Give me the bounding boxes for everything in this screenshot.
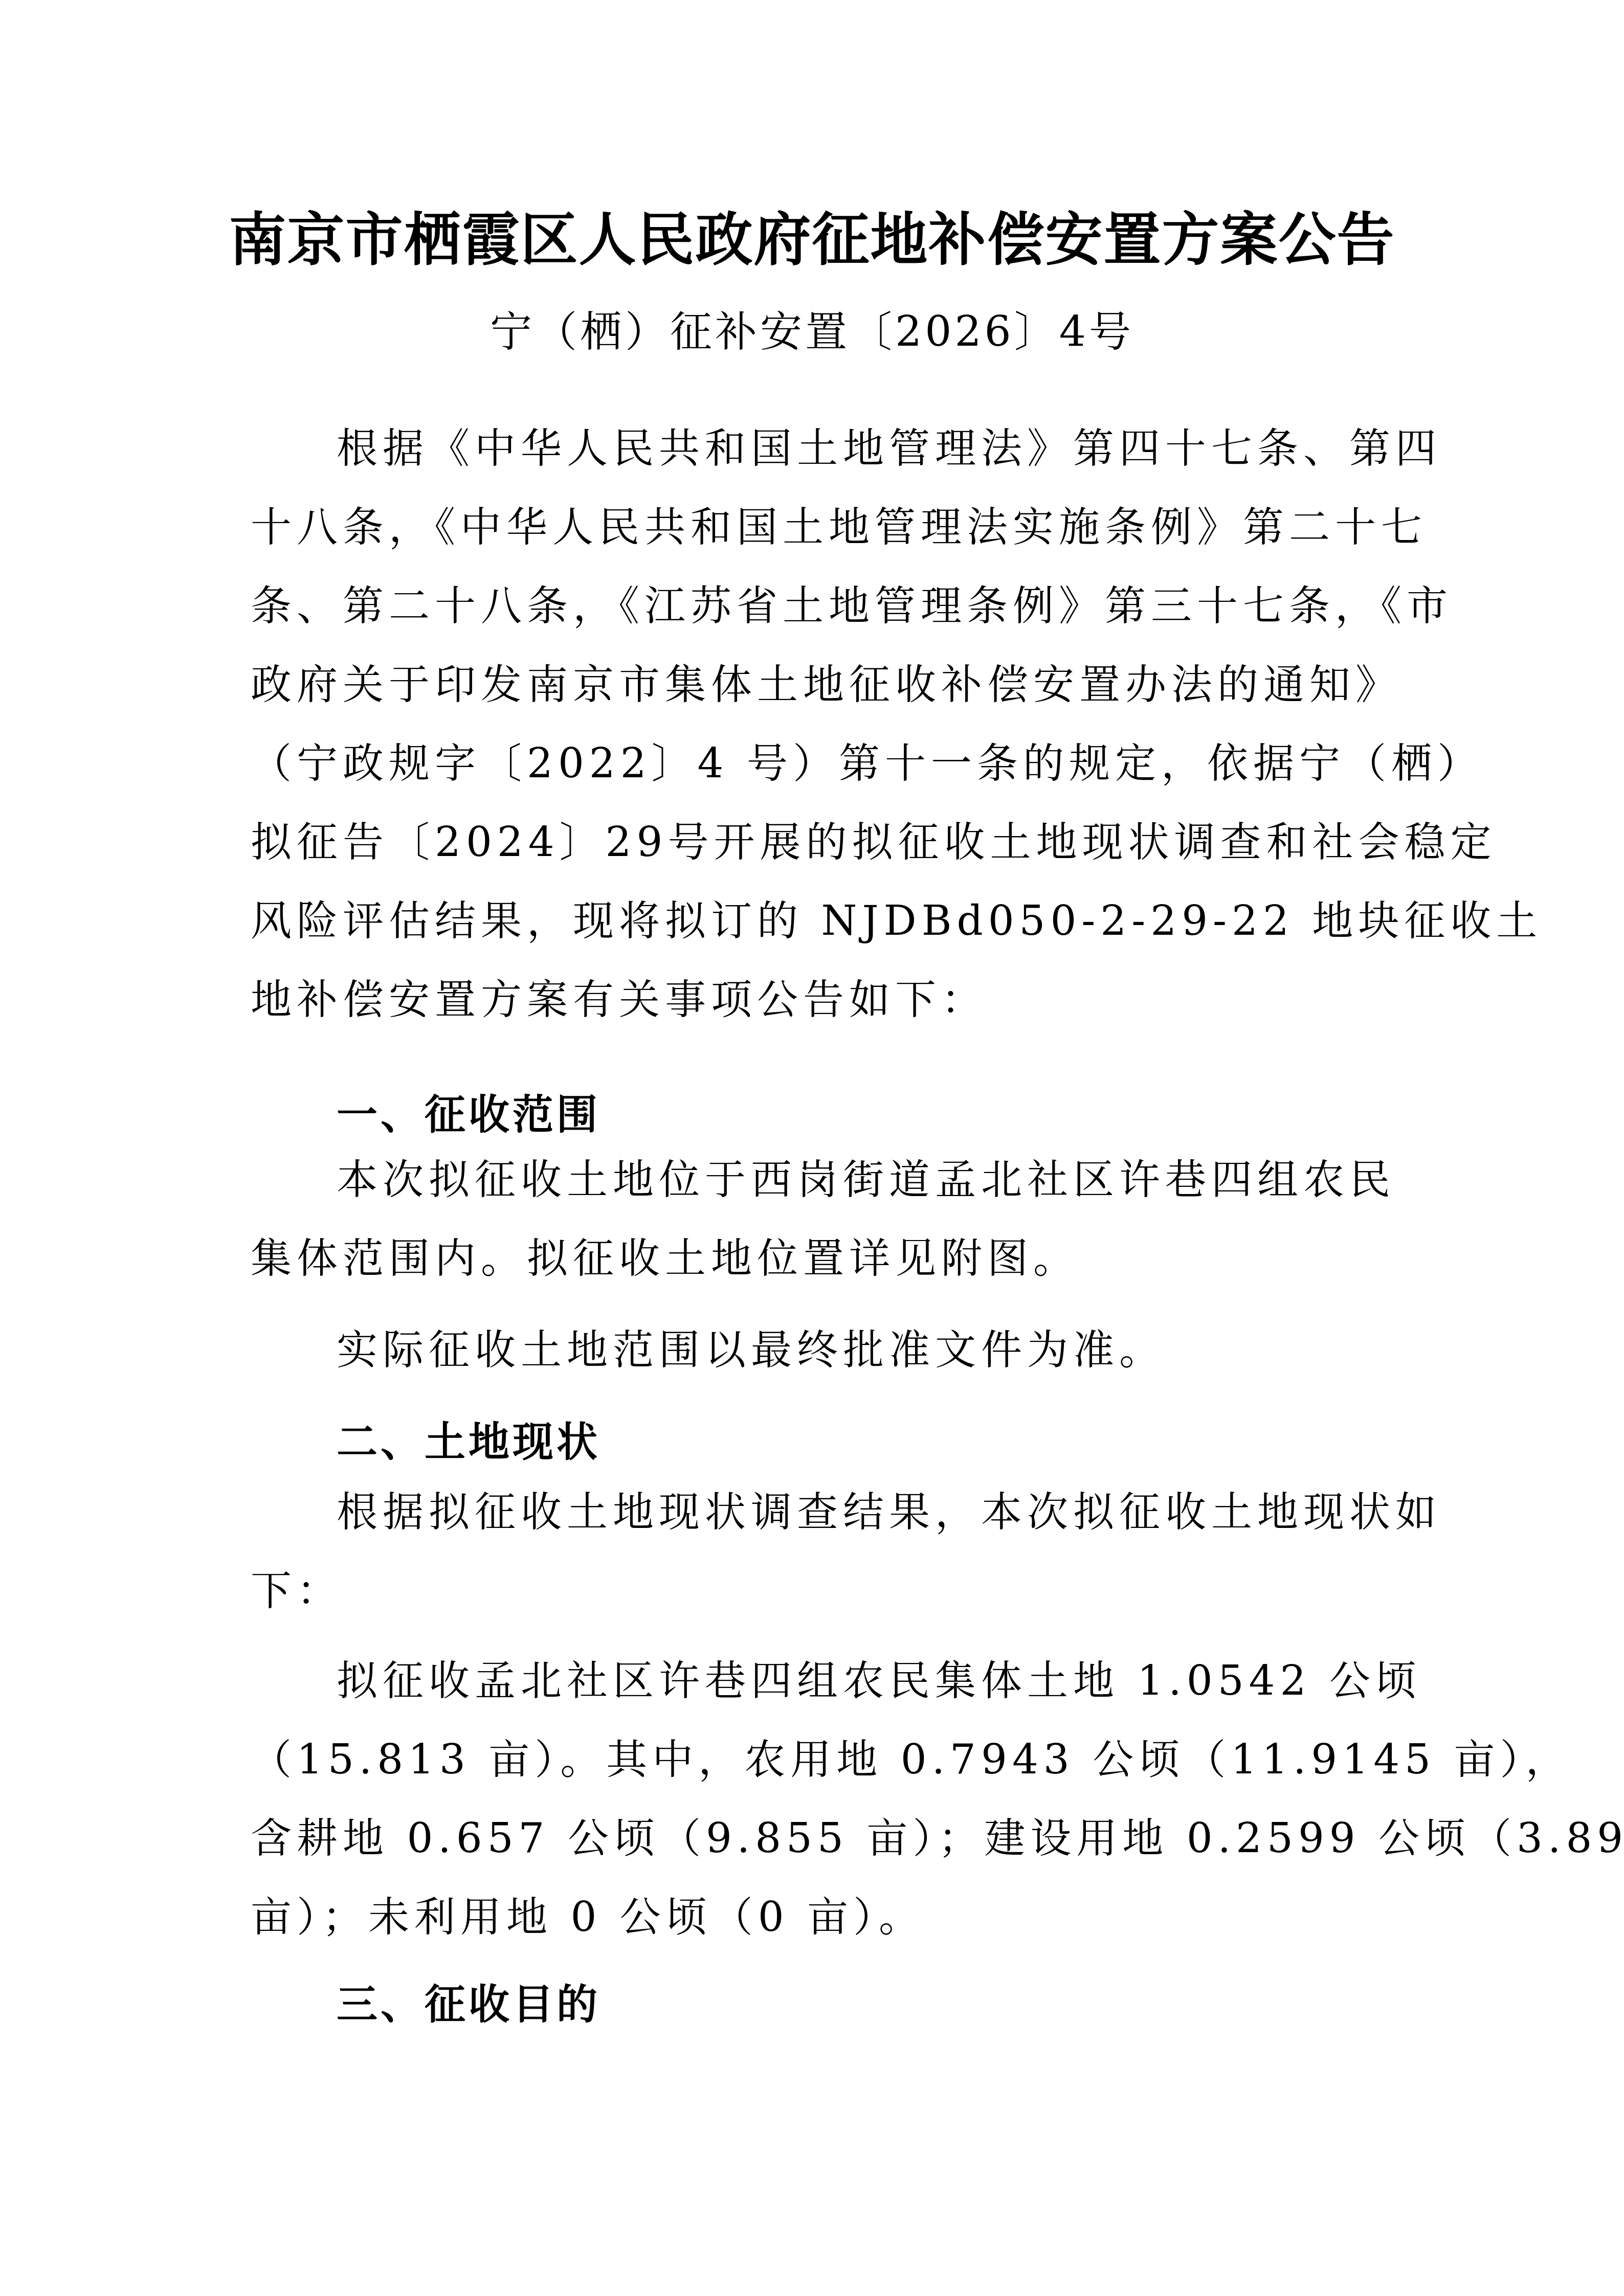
text-line: 含耕地 0.657 公顷（9.855 亩）；建设用地 0.2599 公顷（3.8… [251,1799,1391,1878]
document-page: 南京市栖霞区人民政府征地补偿安置方案公告 宁（栖）征补安置〔2026〕4号 根据… [0,0,1624,2296]
text-line: 根据拟征收土地现状调查结果，本次拟征收土地现状如 [251,1473,1391,1551]
text-line: （宁政规字〔2022〕4 号）第十一条的规定，依据宁（栖） [251,724,1391,803]
text-line: 风险评估结果，现将拟订的 NJDBd050-2-29-22 地块征收土 [251,882,1391,960]
text-line: 拟征收孟北社区许巷四组农民集体土地 1.0542 公顷 [251,1641,1391,1720]
text-line: 政府关于印发南京市集体土地征收补偿安置办法的通知》 [251,645,1391,724]
text-line: 亩）；未利用地 0 公顷（0 亩）。 [251,1878,1391,1956]
text-line: 十八条，《中华人民共和国土地管理法实施条例》第二十七 [251,488,1391,567]
text-line: 本次拟征收土地位于西岗街道孟北社区许巷四组农民 [251,1140,1391,1219]
text-line: 拟征告〔2024〕29号开展的拟征收土地现状调查和社会稳定 [251,803,1391,882]
text-line: 根据《中华人民共和国土地管理法》第四十七条、第四 [251,409,1391,488]
section-land-status-figures: 拟征收孟北社区许巷四组农民集体土地 1.0542 公顷 （15.813 亩）。其… [251,1641,1391,1956]
text-line: 条、第二十八条，《江苏省土地管理条例》第三十七条，《市 [251,567,1391,645]
intro-paragraph: 根据《中华人民共和国土地管理法》第四十七条、第四 十八条，《中华人民共和国土地管… [251,409,1391,1039]
section-scope-paragraph: 本次拟征收土地位于西岗街道孟北社区许巷四组农民 集体范围内。拟征收土地位置详见附… [251,1140,1391,1298]
section-land-status-intro: 根据拟征收土地现状调查结果，本次拟征收土地现状如 下： [251,1473,1391,1630]
text-line: 下： [251,1551,1391,1630]
section-heading-land-status: 二、土地现状 [337,1411,600,1473]
text-line: 集体范围内。拟征收土地位置详见附图。 [251,1219,1391,1298]
section-heading-scope: 一、征收范围 [337,1084,600,1145]
document-number: 宁（栖）征补安置〔2026〕4号 [0,304,1624,361]
text-line: 地补偿安置方案有关事项公告如下： [251,960,1391,1039]
document-title: 南京市栖霞区人民政府征地补偿安置方案公告 [0,202,1624,279]
text-line: （15.813 亩）。其中，农用地 0.7943 公顷（11.9145 亩）， [251,1720,1391,1799]
section-heading-purpose: 三、征收目的 [337,1974,600,2035]
section-scope-note: 实际征收土地范围以最终批准文件为准。 [337,1319,1165,1381]
